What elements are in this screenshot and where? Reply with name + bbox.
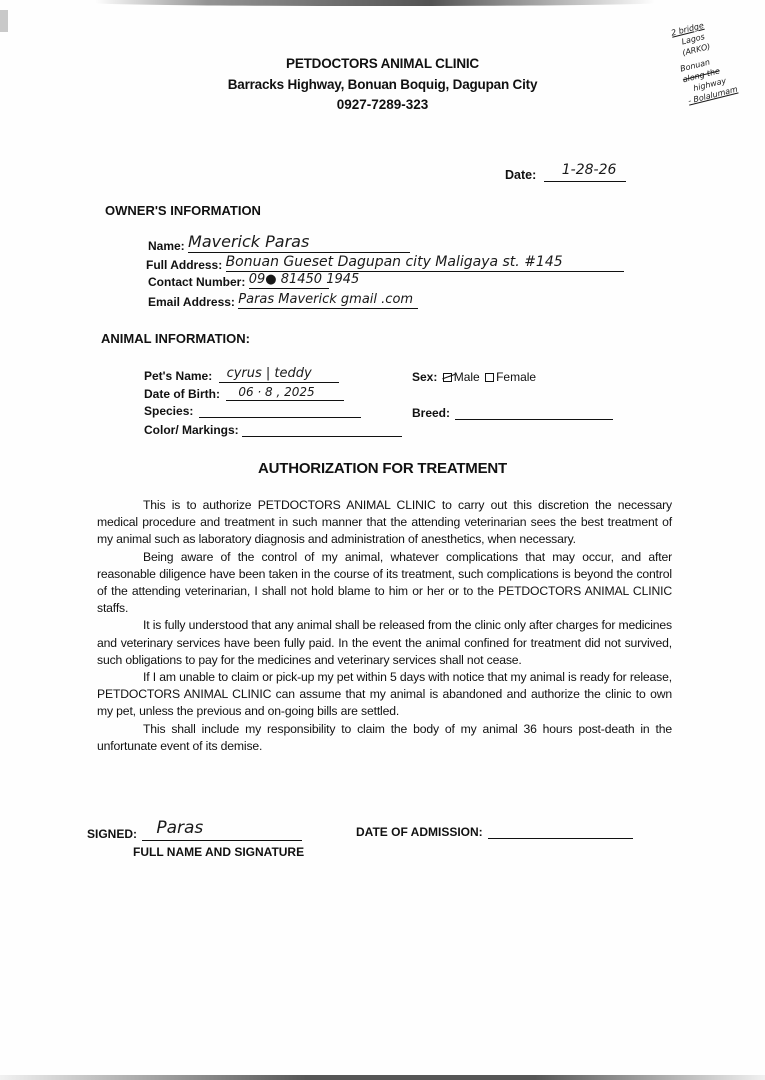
signature-caption: FULL NAME AND SIGNATURE — [133, 845, 304, 859]
pet-name-value: cyrus | teddy — [227, 366, 312, 381]
owner-name-label: Name: — [148, 239, 185, 253]
owner-email-value: Paras Maverick gmail .com — [238, 292, 413, 307]
clinic-phone: 0927-7289-323 — [0, 97, 765, 112]
signed-label: SIGNED: — [87, 827, 137, 841]
scan-bottom-shadow — [0, 1075, 765, 1080]
owner-name-input[interactable]: Maverick Paras — [188, 234, 410, 253]
date-label: Date: — [505, 168, 536, 182]
authorization-title: AUTHORIZATION FOR TREATMENT — [0, 460, 765, 477]
male-option-label: Male — [454, 370, 480, 384]
owner-address-value: Bonuan Gueset Dagupan city Maligaya st. … — [226, 254, 563, 270]
authorization-paragraph: Being aware of the control of my animal,… — [97, 549, 672, 618]
owner-contact-input[interactable]: 09● 81450 1945 — [249, 274, 329, 289]
color-markings-label: Color/ Markings: — [144, 423, 239, 437]
species-label: Species: — [144, 404, 193, 418]
pet-dob-value: 06 · 8 , 2025 — [238, 385, 314, 399]
female-option-label: Female — [496, 370, 536, 384]
pet-name-input[interactable]: cyrus | teddy — [219, 366, 339, 383]
owner-address-label: Full Address: — [146, 258, 222, 272]
owner-name-field: Name: Maverick Paras — [148, 234, 410, 253]
date-field: Date: 1-28-26 — [505, 165, 626, 182]
male-checkbox[interactable] — [443, 373, 452, 382]
breed-input[interactable] — [455, 405, 613, 420]
owner-address-input[interactable]: Bonuan Gueset Dagupan city Maligaya st. … — [226, 255, 624, 272]
sex-label: Sex: — [412, 370, 437, 384]
owner-email-input[interactable]: Paras Maverick gmail .com — [238, 292, 418, 309]
breed-label: Breed: — [412, 406, 450, 420]
authorization-paragraph: This is to authorize PETDOCTORS ANIMAL C… — [97, 497, 672, 549]
signature-input[interactable]: Paras — [142, 820, 302, 841]
authorization-paragraph: It is fully understood that any animal s… — [97, 617, 672, 669]
pet-name-field: Pet's Name: cyrus | teddy — [144, 366, 339, 383]
date-input[interactable]: 1-28-26 — [544, 165, 626, 182]
owner-contact-field: Contact Number: 09● 81450 1945 — [148, 274, 329, 289]
owner-name-value: Maverick Paras — [188, 232, 309, 251]
owner-contact-label: Contact Number: — [148, 275, 245, 289]
signature-value: Paras — [156, 818, 203, 838]
authorization-paragraph: This shall include my responsibility to … — [97, 721, 672, 755]
admission-date-field: DATE OF ADMISSION: — [356, 824, 633, 839]
authorization-body: This is to authorize PETDOCTORS ANIMAL C… — [97, 497, 672, 755]
female-checkbox[interactable] — [485, 373, 494, 382]
owner-contact-value: 09● 81450 1945 — [249, 272, 360, 287]
color-markings-field: Color/ Markings: — [144, 422, 402, 437]
scanned-form-page: PETDOCTORS ANIMAL CLINIC Barracks Highwa… — [0, 0, 765, 1080]
scan-top-shadow — [95, 0, 655, 6]
admission-date-label: DATE OF ADMISSION: — [356, 825, 483, 839]
sex-field: Sex: Male Female — [412, 370, 536, 384]
scan-corner-fold — [0, 10, 8, 32]
owner-email-label: Email Address: — [148, 295, 235, 309]
authorization-paragraph: If I am unable to claim or pick-up my pe… — [97, 669, 672, 721]
pet-dob-input[interactable]: 06 · 8 , 2025 — [226, 384, 344, 401]
signature-field: SIGNED: Paras — [87, 820, 302, 841]
clinic-name: PETDOCTORS ANIMAL CLINIC — [0, 56, 765, 71]
animal-section-title: ANIMAL INFORMATION: — [101, 331, 250, 346]
admission-date-input[interactable] — [488, 824, 633, 839]
pet-dob-field: Date of Birth: 06 · 8 , 2025 — [144, 384, 344, 401]
species-input[interactable] — [199, 403, 361, 418]
pet-name-label: Pet's Name: — [144, 369, 212, 383]
owner-address-field: Full Address: Bonuan Gueset Dagupan city… — [146, 255, 624, 272]
clinic-address: Barracks Highway, Bonuan Boquig, Dagupan… — [0, 77, 765, 92]
pet-dob-label: Date of Birth: — [144, 387, 220, 401]
date-value: 1-28-26 — [562, 162, 617, 178]
species-field: Species: — [144, 403, 361, 418]
color-markings-input[interactable] — [242, 422, 402, 437]
owner-section-title: OWNER'S INFORMATION — [105, 203, 261, 218]
breed-field: Breed: — [412, 405, 613, 420]
owner-email-field: Email Address: Paras Maverick gmail .com — [148, 292, 418, 309]
